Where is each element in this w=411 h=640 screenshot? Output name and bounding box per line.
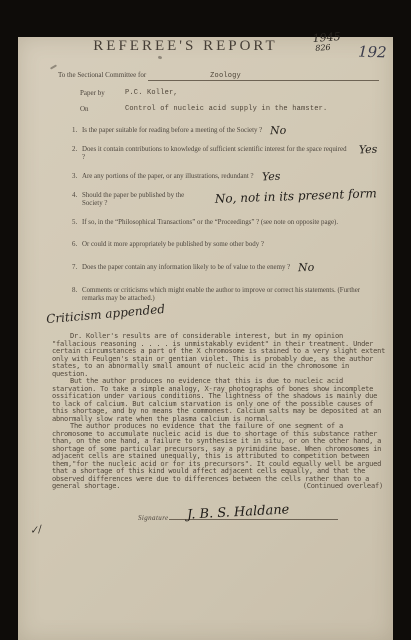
question-1-answer-handwriting: No	[270, 127, 287, 136]
page-title: REFEREE'S REPORT	[93, 38, 277, 55]
paper-on-row: On Control of nucleic acid supply in the…	[58, 105, 379, 113]
question-4: 4. Should the paper be published by the …	[72, 192, 377, 208]
signature-line: J. B. S. Haldane	[169, 505, 338, 520]
question-8-number: 8.	[72, 287, 82, 303]
smudge-mark	[158, 55, 163, 59]
comments-paragraph-3: The author produces no evidence that the…	[52, 423, 387, 491]
paper-by-row: Paper by P.C. Koller,	[58, 89, 379, 97]
committee-label: To the Sectional Committee for	[58, 71, 146, 79]
signature-row: Signature J. B. S. Haldane	[138, 505, 338, 522]
question-5: 5. If so, in the “Philosophical Transact…	[72, 219, 377, 227]
question-2-answer-handwriting: Yes	[358, 146, 377, 163]
handwritten-year-annotation: 1945 826	[312, 32, 341, 54]
smudge-mark	[50, 64, 57, 69]
comments-paragraph-2: But the author produces no evidence that…	[52, 378, 387, 423]
question-7-number: 7.	[72, 264, 82, 272]
question-6: 6. Or could it more appropriately be pub…	[72, 241, 377, 249]
question-5-text: If so, in the “Philosophical Transaction…	[82, 219, 338, 227]
question-7-text: Does the paper contain any information l…	[82, 264, 290, 272]
question-2: 2. Does it contain contributions to know…	[72, 146, 377, 162]
question-list: 1. Is the paper suitable for reading bef…	[72, 127, 377, 303]
question-6-number: 6.	[72, 241, 82, 249]
reference-number: 826	[315, 42, 342, 54]
report-header: REFEREE'S REPORT 1945 826	[18, 37, 393, 55]
criticism-appended-handwriting: Criticism appended	[46, 302, 166, 326]
question-1: 1. Is the paper suitable for reading bef…	[72, 127, 377, 135]
question-3-answer-handwriting: Yes	[261, 173, 280, 182]
question-6-text: Or could it more appropriately be publis…	[82, 241, 264, 249]
margin-tick-mark: ✓/	[29, 524, 42, 537]
question-7-answer-handwriting: No	[298, 264, 315, 273]
paper-on-value: Control of nucleic acid supply in the ha…	[125, 105, 327, 113]
question-1-number: 1.	[72, 127, 82, 135]
haldane-signature-handwriting: J. B. S. Haldane	[186, 502, 289, 522]
paper-by-label: Paper by	[80, 89, 125, 97]
question-1-text: Is the paper suitable for reading before…	[82, 127, 262, 135]
paper-on-label: On	[80, 105, 125, 113]
committee-fill-line: Zoology	[148, 71, 379, 81]
report-form-fields: To the Sectional Committee for Zoology P…	[58, 71, 379, 113]
question-2-text: Does it contain contributions to knowled…	[82, 146, 351, 162]
question-3-number: 3.	[72, 173, 82, 181]
paper-by-value: P.C. Koller,	[125, 89, 178, 97]
committee-line: To the Sectional Committee for Zoology	[58, 71, 379, 81]
question-5-number: 5.	[72, 219, 82, 227]
scanned-referee-report-page: 192 REFEREE'S REPORT 1945 826 To the Sec…	[18, 37, 393, 640]
signature-label: Signature	[138, 514, 169, 522]
question-8-text: Comments or criticisms which might enabl…	[82, 287, 368, 303]
question-3: 3. Are any portions of the paper, or any…	[72, 173, 377, 181]
question-4-answer-handwriting: No, not in its present form	[215, 189, 377, 211]
typed-referee-comments: Dr. Koller's results are of considerable…	[52, 333, 387, 491]
comments-paragraph-1: Dr. Koller's results are of considerable…	[52, 333, 387, 378]
question-2-number: 2.	[72, 146, 82, 162]
question-4-text: Should the paper be published by the Soc…	[82, 192, 205, 208]
committee-value: Zoology	[210, 72, 241, 80]
question-7: 7. Does the paper contain any informatio…	[72, 264, 377, 272]
question-8: 8. Comments or criticisms which might en…	[72, 287, 377, 303]
question-3-text: Are any portions of the paper, or any il…	[82, 173, 254, 181]
question-4-number: 4.	[72, 192, 82, 208]
